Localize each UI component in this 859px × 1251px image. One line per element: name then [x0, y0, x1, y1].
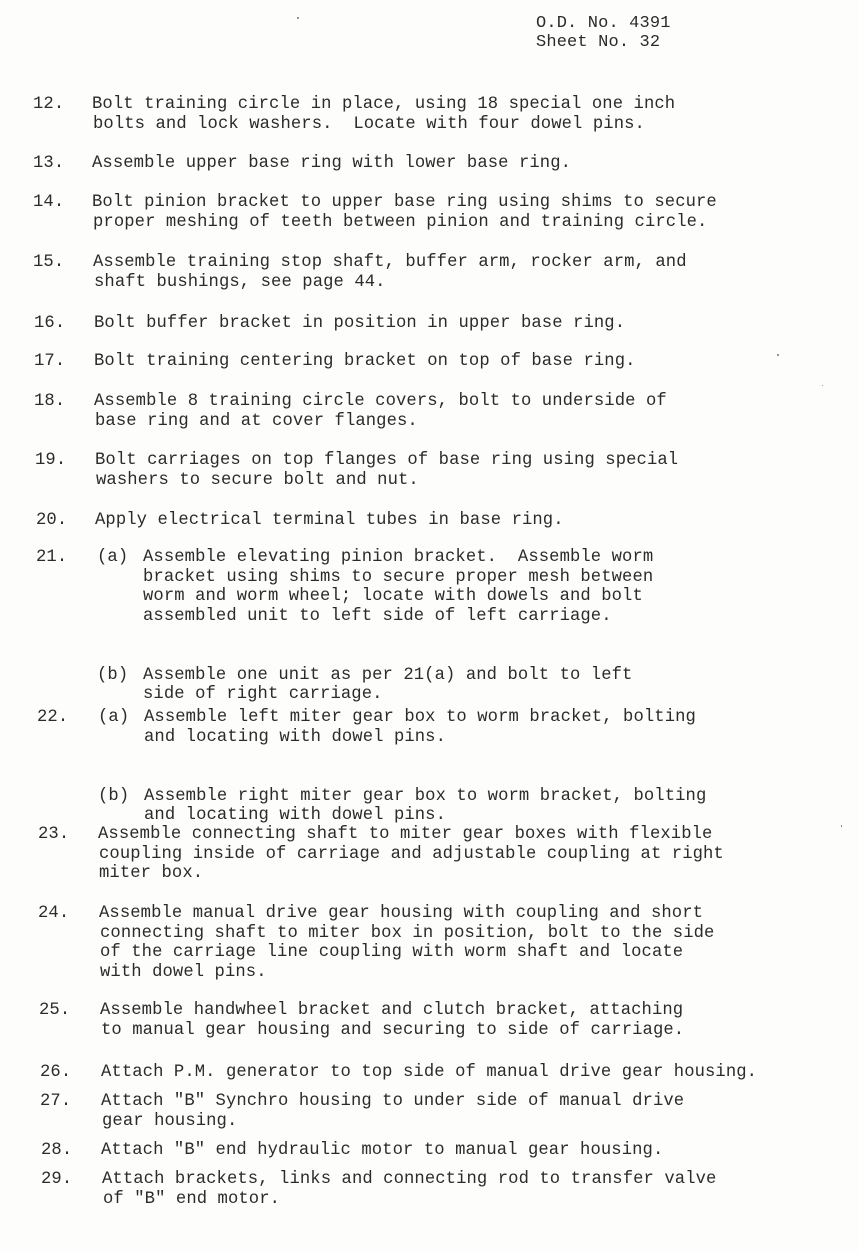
sub-step-text-line: Assemble elevating pinion bracket. Assem…	[143, 548, 653, 568]
sub-step-label: (a)	[97, 548, 128, 568]
sub-step-text-line: Assemble one unit as per 21(a) and bolt …	[143, 666, 632, 686]
sub-step-text-line: assembled unit to left side of left carr…	[143, 607, 612, 627]
step-text-line: Bolt training centering bracket on top o…	[94, 352, 636, 372]
sheet-number: Sheet No. 32	[536, 33, 660, 52]
step-text-line: with dowel pins.	[100, 963, 267, 983]
step-number: 20.	[36, 511, 67, 531]
sub-step-text-line: and locating with dowel pins.	[144, 806, 446, 826]
step-text-line: Bolt buffer bracket in position in upper…	[94, 314, 625, 334]
step-number: 29.	[41, 1170, 72, 1190]
step-text-line: Apply electrical terminal tubes in base …	[95, 511, 564, 531]
step-text-line: Attach "B" Synchro housing to under side…	[101, 1092, 684, 1112]
scan-speck	[841, 825, 842, 827]
scan-speck	[777, 354, 779, 356]
step-text-line: Assemble manual drive gear housing with …	[99, 904, 703, 924]
sub-step-text-line: bracket using shims to secure proper mes…	[143, 568, 653, 588]
step-text-line: Bolt carriages on top flanges of base ri…	[95, 451, 678, 471]
step-number: 25.	[39, 1001, 70, 1021]
step-text-line: of the carriage line coupling with worm …	[100, 943, 683, 963]
step-text-line: miter box.	[99, 864, 203, 884]
step-text-line: shaft bushings, see page 44.	[94, 273, 386, 293]
sub-step-text-line: side of right carriage.	[143, 685, 383, 705]
step-number: 12.	[33, 95, 64, 115]
step-number: 21.	[36, 548, 67, 568]
step-text-line: proper meshing of teeth between pinion a…	[93, 213, 707, 233]
sub-step-text-line: worm and worm wheel; locate with dowels …	[143, 587, 643, 607]
step-text-line: base ring and at cover flanges.	[95, 412, 418, 432]
step-number: 27.	[40, 1092, 71, 1112]
step-text-line: Attach "B" end hydraulic motor to manual…	[101, 1141, 663, 1161]
step-text-line: bolts and lock washers. Locate with four…	[93, 115, 645, 135]
step-number: 13.	[33, 154, 64, 174]
step-text-line: Assemble upper base ring with lower base…	[92, 154, 571, 174]
step-number: 19.	[35, 451, 66, 471]
scan-speck	[297, 17, 299, 19]
od-number: O.D. No. 4391	[536, 14, 671, 33]
step-text-line: coupling inside of carriage and adjustab…	[99, 845, 724, 865]
step-number: 14.	[33, 193, 64, 213]
sub-step-label: (b)	[98, 787, 129, 807]
step-number: 24.	[38, 904, 69, 924]
step-number: 26.	[40, 1063, 71, 1083]
sub-step-text-line: Assemble right miter gear box to worm br…	[144, 787, 706, 807]
step-text-line: Assemble training stop shaft, buffer arm…	[93, 253, 687, 273]
step-number: 17.	[34, 352, 65, 372]
step-text-line: Bolt pinion bracket to upper base ring u…	[92, 193, 717, 213]
step-text-line: Assemble handwheel bracket and clutch br…	[100, 1001, 683, 1021]
step-number: 15.	[33, 253, 64, 273]
step-number: 23.	[38, 825, 69, 845]
sub-step-text-line: and locating with dowel pins.	[144, 728, 446, 748]
step-text-line: connecting shaft to miter box in positio…	[100, 924, 714, 944]
document-header: O.D. No. 4391 Sheet No. 32	[536, 14, 671, 52]
sub-step-label: (a)	[98, 708, 129, 728]
scan-speck	[822, 385, 823, 386]
step-text-line: Assemble connecting shaft to miter gear …	[98, 825, 712, 845]
document-page: O.D. No. 4391 Sheet No. 32 12.Bolt train…	[0, 0, 859, 1251]
step-number: 16.	[34, 314, 65, 334]
step-text-line: of "B" end motor.	[103, 1190, 280, 1210]
step-text-line: gear housing.	[102, 1112, 237, 1132]
sub-step-label: (b)	[97, 666, 128, 686]
step-text-line: Attach brackets, links and connecting ro…	[102, 1170, 716, 1190]
step-text-line: washers to secure bolt and nut.	[96, 471, 419, 491]
sub-step-text-line: Assemble left miter gear box to worm bra…	[144, 708, 696, 728]
step-number: 18.	[34, 392, 65, 412]
step-text-line: to manual gear housing and securing to s…	[101, 1021, 684, 1041]
step-number: 28.	[41, 1141, 72, 1161]
step-text-line: Attach P.M. generator to top side of man…	[101, 1063, 757, 1083]
step-text-line: Assemble 8 training circle covers, bolt …	[94, 392, 667, 412]
step-text-line: Bolt training circle in place, using 18 …	[92, 95, 675, 115]
step-number: 22.	[37, 708, 68, 728]
